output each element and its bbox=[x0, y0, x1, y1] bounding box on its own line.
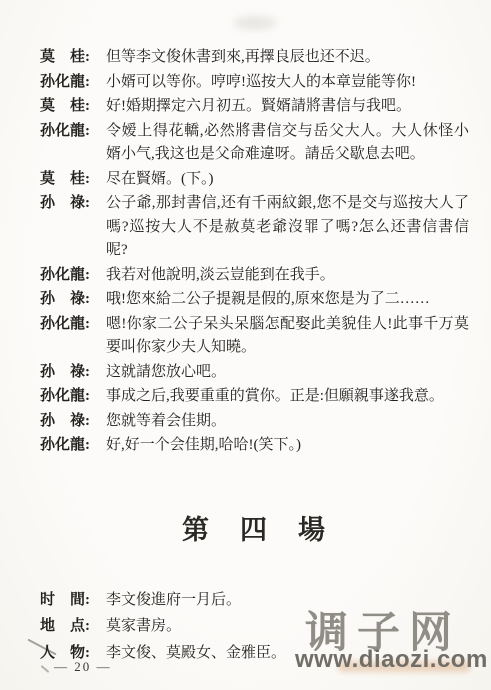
dialogue-speaker: 孙 祿: bbox=[40, 410, 106, 434]
scan-smudge bbox=[233, 16, 277, 30]
dialogue-speaker: 莫 桂: bbox=[40, 46, 106, 70]
dialogue-text: 但等李文俊休書到來,再擇良辰也还不迟。 bbox=[106, 46, 469, 70]
dialogue-line: 莫 桂: 好!婚期擇定六月初五。賢婿請將書信与我吧。 bbox=[40, 95, 469, 119]
dialogue-line: 孙化龍: 小婿可以等你。哼哼!巡按大人的本章豈能等你! bbox=[40, 71, 469, 95]
dialogue-speaker: 孙化龍: bbox=[40, 313, 106, 360]
dialogue-text: 事成之后,我要重重的賞你。正是:但願親事遂我意。 bbox=[106, 385, 469, 409]
dialogue-line: 孙化龍: 令嫒上得花轎,必然將書信交与岳父大人。大人休怪小婿小气,我这也是父命难… bbox=[40, 120, 469, 167]
scene-info-label: 时 間: bbox=[40, 587, 106, 614]
dialogue-speaker: 孙化龍: bbox=[40, 71, 106, 95]
dialogue-line: 莫 桂: 但等李文俊休書到來,再擇良辰也还不迟。 bbox=[40, 46, 469, 70]
dialogue-text: 好,好一个会佳期,哈哈!(笑下。) bbox=[106, 434, 469, 458]
dialogue-text: 哦!您來給二公子提親是假的,原來您是为了二…… bbox=[106, 288, 469, 312]
dialogue-speaker: 莫 桂: bbox=[40, 95, 106, 119]
dialogue-speaker: 孙 祿: bbox=[40, 361, 106, 385]
dialogue-text: 嗯!你家二公子呆头呆腦怎配娶此美貌佳人!此事千万莫要叫你家少夫人知曉。 bbox=[106, 313, 469, 360]
dialogue-speaker: 孙化龍: bbox=[40, 120, 106, 167]
dialogue-line: 孙 祿: 哦!您來給二公子提親是假的,原來您是为了二…… bbox=[40, 288, 469, 312]
dialogue-line: 孙化龍: 嗯!你家二公子呆头呆腦怎配娶此美貌佳人!此事千万莫要叫你家少夫人知曉。 bbox=[40, 313, 469, 360]
dialogue-line: 孙化龍: 我若对他說明,淡云豈能到在我手。 bbox=[40, 264, 469, 288]
dialogue-text: 公子爺,那封書信,还有千兩紋銀,您不是交与巡按大人了嗎?巡按大人不是赦莫老爺沒罪… bbox=[106, 192, 469, 263]
dialogue-line: 孙 祿: 公子爺,那封書信,还有千兩紋銀,您不是交与巡按大人了嗎?巡按大人不是赦… bbox=[40, 192, 469, 263]
dialogue-line: 孙 祿: 您就等着会佳期。 bbox=[40, 410, 469, 434]
dialogue-text: 小婿可以等你。哼哼!巡按大人的本章豈能等你! bbox=[106, 71, 469, 95]
dialogue-speaker: 孙 祿: bbox=[40, 288, 106, 312]
page-number: — 20 — bbox=[54, 659, 112, 675]
scene-heading: 第 四 場 bbox=[40, 508, 469, 547]
dialogue-line: 孙 祿: 这就請您放心吧。 bbox=[40, 361, 469, 385]
scan-artifact-mark-small bbox=[41, 665, 50, 673]
dialogue-text: 尽在賢婿。(下。) bbox=[106, 168, 469, 192]
scanned-script-page: 莫 桂: 但等李文俊休書到來,再擇良辰也还不迟。 孙化龍: 小婿可以等你。哼哼!… bbox=[0, 0, 491, 690]
dialogue-text: 您就等着会佳期。 bbox=[106, 410, 469, 434]
dialogue-text: 令嫒上得花轎,必然將書信交与岳父大人。大人休怪小婿小气,我这也是父命难違呀。請岳… bbox=[106, 120, 469, 167]
watermark-site-url: www.diaozi.com bbox=[295, 646, 488, 674]
dialogue-speaker: 孙化龍: bbox=[40, 434, 106, 458]
dialogue-speaker: 孙化龍: bbox=[40, 385, 106, 409]
dialogue-line: 孙化龍: 事成之后,我要重重的賞你。正是:但願親事遂我意。 bbox=[40, 385, 469, 409]
dialogue-speaker: 孙化龍: bbox=[40, 264, 106, 288]
dialogue-section: 莫 桂: 但等李文俊休書到來,再擇良辰也还不迟。 孙化龍: 小婿可以等你。哼哼!… bbox=[40, 46, 469, 458]
dialogue-text: 好!婚期擇定六月初五。賢婿請將書信与我吧。 bbox=[106, 95, 469, 119]
dialogue-text: 我若对他說明,淡云豈能到在我手。 bbox=[106, 264, 469, 288]
dialogue-speaker: 孙 祿: bbox=[40, 192, 106, 263]
dialogue-speaker: 莫 桂: bbox=[40, 168, 106, 192]
scene-info-label: 地 点: bbox=[40, 613, 106, 640]
dialogue-line: 莫 桂: 尽在賢婿。(下。) bbox=[40, 168, 469, 192]
dialogue-line: 孙化龍: 好,好一个会佳期,哈哈!(笑下。) bbox=[40, 434, 469, 458]
dialogue-text: 这就請您放心吧。 bbox=[106, 361, 469, 385]
